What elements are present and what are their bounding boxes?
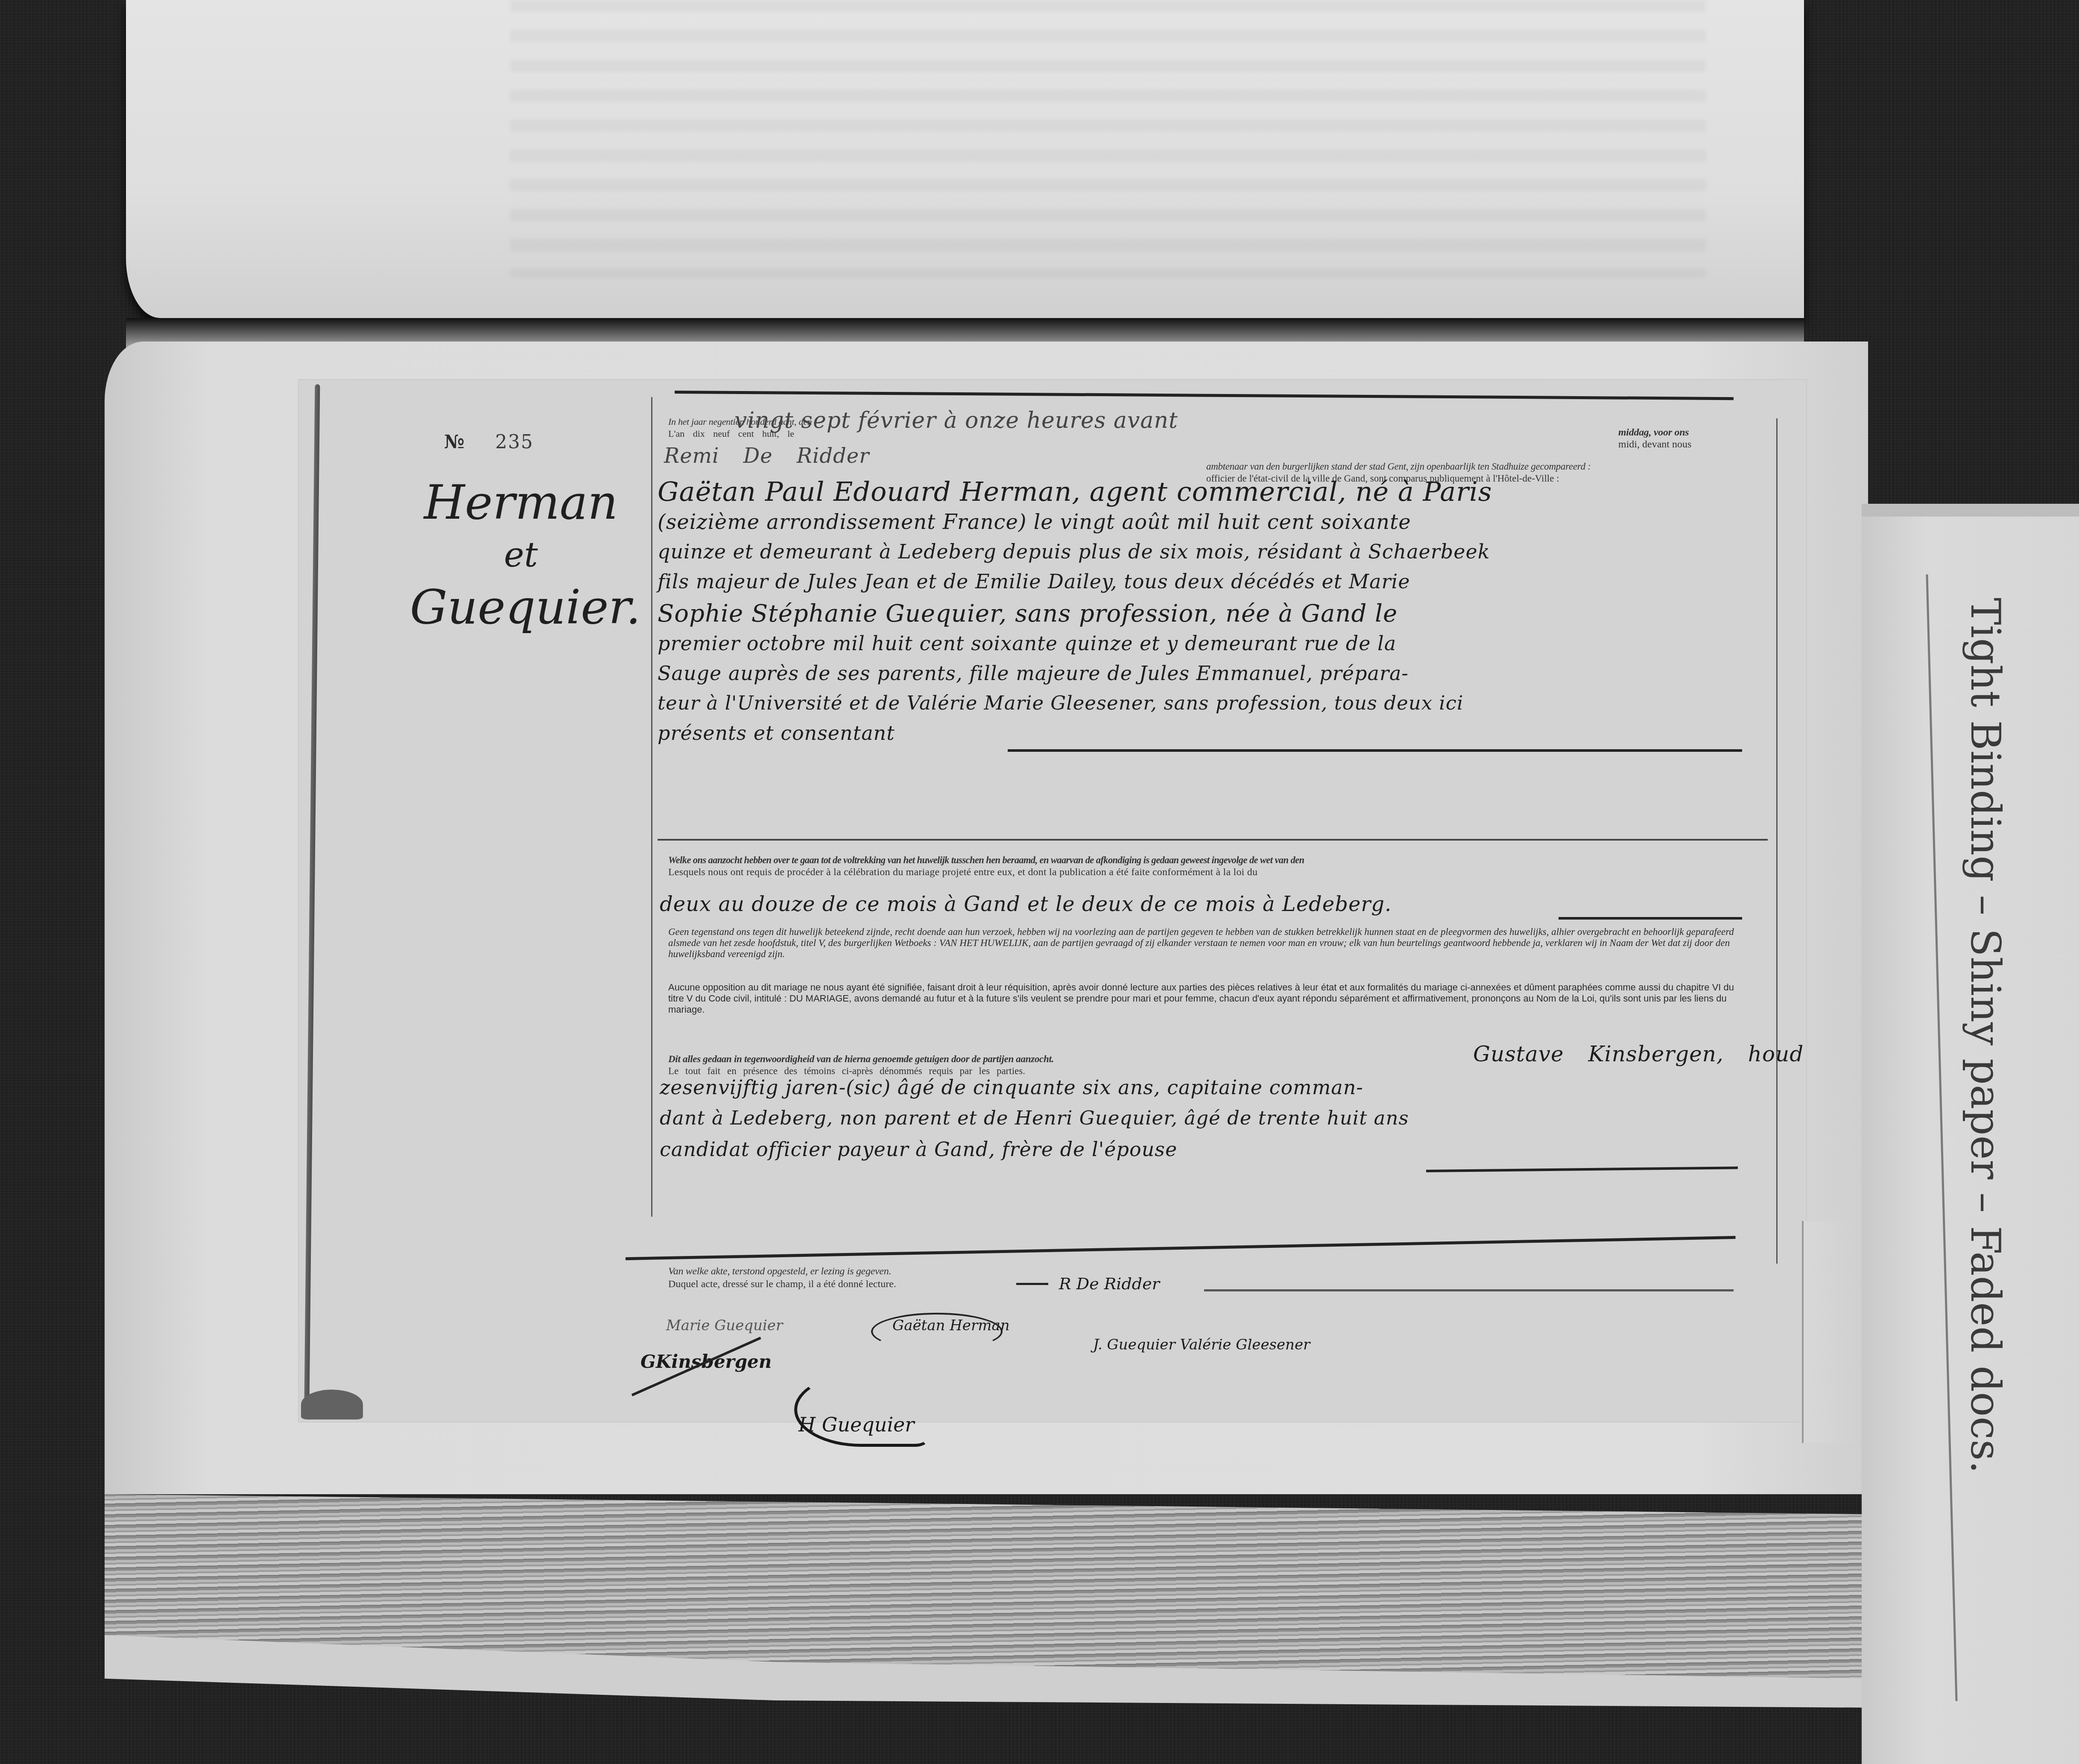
margin-name-groom: Herman	[410, 474, 632, 532]
page-flap	[1802, 1221, 1868, 1443]
signature-dash-left	[1016, 1283, 1048, 1285]
scan-note-text: Tight Binding – Shiny paper – Faded docs…	[1951, 598, 2020, 1665]
signature-officer: R De Ridder	[1059, 1274, 1160, 1293]
signature-witness-flourish	[794, 1373, 928, 1447]
margin-name-bride: Guequier.	[410, 578, 632, 636]
handwritten-publication: deux au douze de ce mois à Gand et le de…	[660, 892, 1392, 916]
handwritten-line-2: (seizième arrondissement France) le ving…	[658, 510, 1411, 534]
text-column-right-rule	[1776, 418, 1778, 1264]
preprint-nl-van-welke: Van welke akte, terstond opgesteld, er l…	[668, 1266, 891, 1277]
handwritten-officer-name: Remi De Ridder	[664, 444, 869, 468]
preprint-fr-aucune-text: Aucune opposition au dit mariage ne nous…	[668, 982, 1734, 1015]
preprint-nl-middag: middag, voor ons	[1618, 427, 1689, 438]
handwritten-witness-line-3: candidat officier payeur à Gand, frère d…	[660, 1138, 1177, 1161]
facing-page-blank	[126, 0, 1804, 318]
preprint-fr-duquel: Duquel acte, dressé sur le champ, il a é…	[668, 1279, 896, 1290]
handwritten-line-5: Sophie Stéphanie Guequier, sans professi…	[658, 600, 1398, 628]
preprint-fr-midi: midi, devant nous	[1618, 439, 1691, 450]
preprint-nl-geen: Geen tegenstand ons tegen dit huwelijk b…	[668, 926, 1744, 960]
handwritten-line-4: fils majeur de Jules Jean et de Emilie D…	[658, 570, 1410, 593]
handwritten-line-1: Gaëtan Paul Edouard Herman, agent commer…	[658, 476, 1492, 507]
record-number-prefix: №	[444, 431, 465, 453]
signature-bride-parents: J. Guequier Valérie Gleesener	[1093, 1336, 1310, 1353]
bleed-through-text	[510, 0, 1706, 277]
handwritten-line-8: teur à l'Université et de Valérie Marie …	[658, 692, 1463, 714]
handwritten-line-7: Sauge auprès de ses parents, fille majeu…	[658, 662, 1409, 685]
record-number-value: 235	[495, 431, 534, 453]
handwritten-line-3: quinze et demeurant à Ledeberg depuis pl…	[658, 540, 1490, 563]
record-number: №235	[444, 431, 534, 453]
margin-rule-foot	[301, 1390, 363, 1419]
handwritten-witness-1: Gustave Kinsbergen, houd	[1473, 1042, 1804, 1066]
margin-name-conjunction: et	[410, 532, 632, 578]
margin-names: Herman et Guequier.	[410, 474, 632, 636]
handwritten-witness-line-1: zesenvijftig jaren-(sic) âgé de cinquant…	[660, 1076, 1363, 1099]
section-rule	[658, 839, 1768, 841]
signature-dash-right	[1204, 1289, 1734, 1291]
handwritten-witness-line-2: dant à Ledeberg, non parent et de Henri …	[660, 1107, 1409, 1129]
text-column-left-rule	[651, 397, 652, 1217]
handwritten-line-9: présents et consentant	[658, 721, 895, 745]
preprint-nl-welke: Welke ons aanzocht hebben over te gaan t…	[668, 855, 1304, 866]
preprint-nl-dit-alles: Dit alles gedaan in tegenwoordigheid van…	[668, 1054, 1054, 1065]
signature-bride: Marie Guequier	[666, 1317, 783, 1334]
label-top-edge	[1862, 504, 2079, 517]
line-fill-rule-2	[1559, 917, 1742, 920]
handwritten-line-6: premier octobre mil huit cent soixante q…	[658, 632, 1396, 655]
preprint-nl-geen-text: Geen tegenstand ons tegen dit huwelijk b…	[668, 926, 1734, 959]
preprint-fr-aucune: Aucune opposition au dit mariage ne nous…	[668, 982, 1744, 1015]
preprint-nl-ambtenaar: ambtenaar van den burgerlijken stand der…	[1206, 461, 1591, 472]
handwritten-date-time: vingt sept février à onze heures avant	[734, 408, 1178, 433]
preprint-fr-lesquels: Lesquels nous ont requis de procéder à l…	[668, 867, 1257, 878]
signature-groom-flourish	[871, 1313, 1003, 1350]
line-fill-rule-1	[1008, 749, 1742, 752]
preprint-fr-le-tout: Le tout fait en présence des témoins ci-…	[668, 1066, 1025, 1077]
